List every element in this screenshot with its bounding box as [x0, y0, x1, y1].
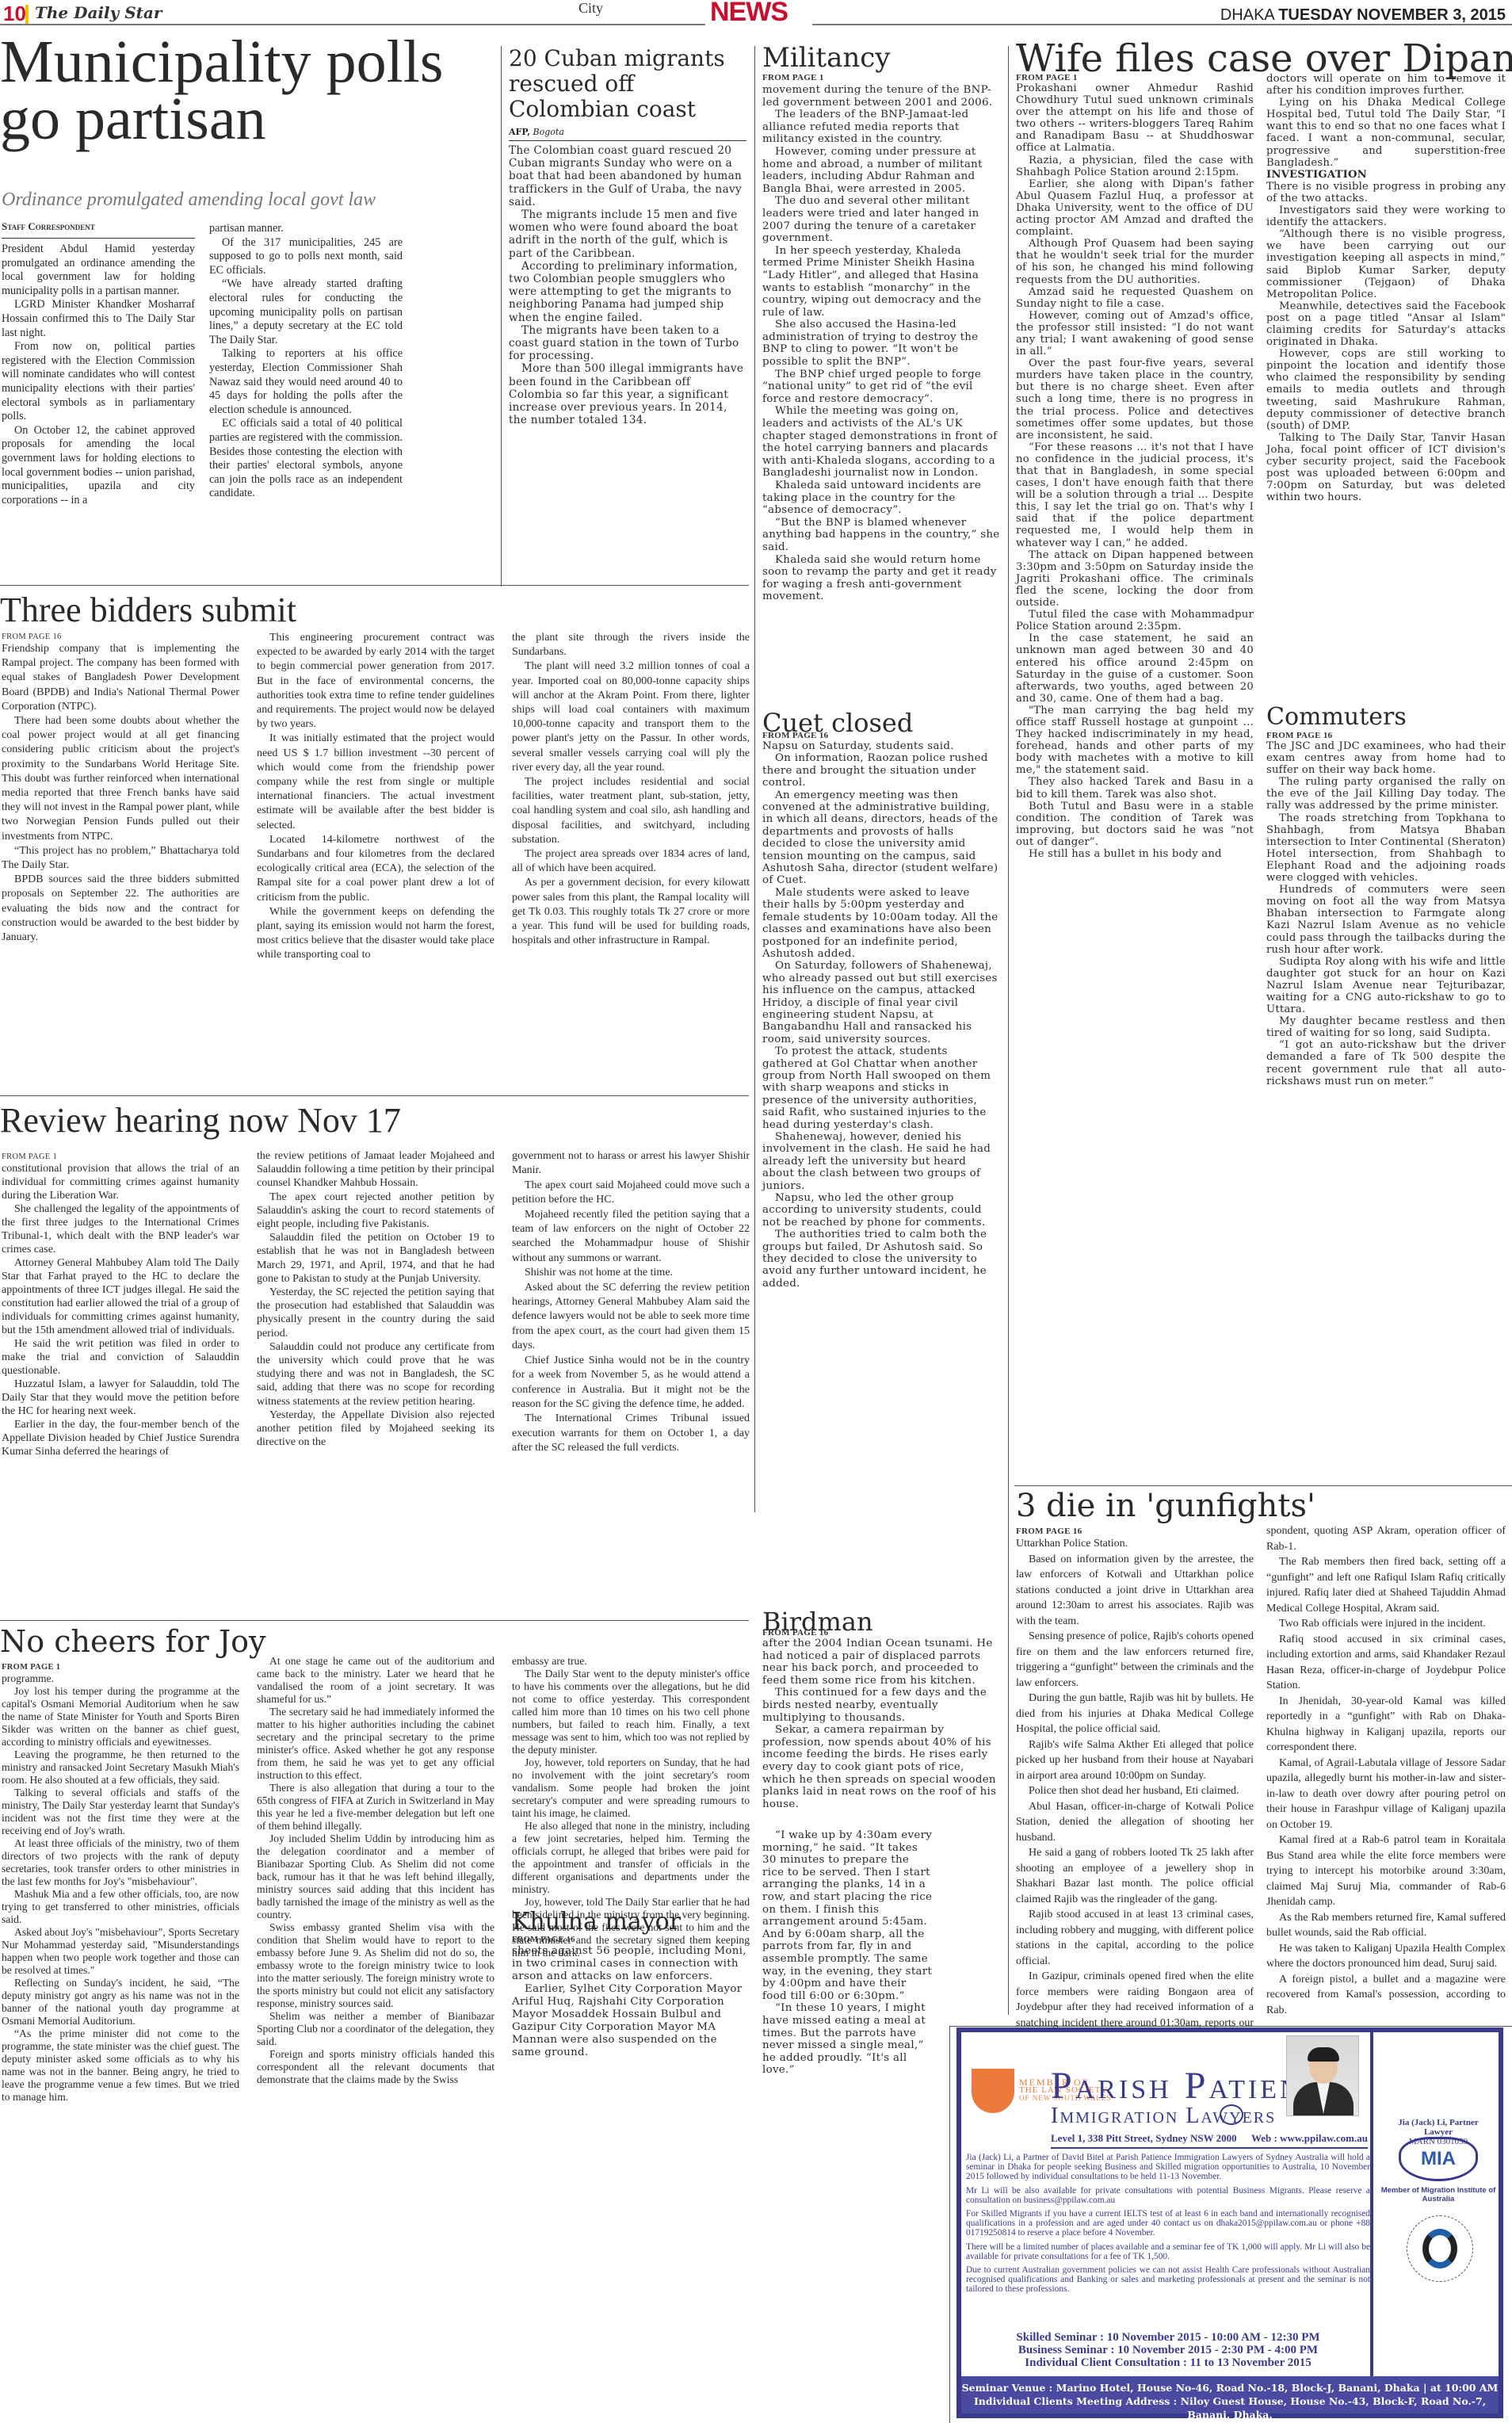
paragraph: Napsu on Saturday, students said. — [762, 740, 1000, 752]
paragraph: Reflecting on Sunday's incident, he said… — [2, 1977, 239, 2027]
paragraph: Although Prof Quasem had been saying tha… — [1016, 238, 1254, 285]
mia-logo-icon: MIA — [1399, 2137, 1478, 2181]
ad-paragraph: Mr Li will be also available for private… — [966, 2186, 1370, 2205]
paragraph: Of the 317 municipalities, 245 are suppo… — [209, 236, 403, 278]
column-divider — [754, 46, 755, 1512]
article-column: This engineering procurement contract wa… — [257, 631, 494, 963]
kicker: FROM PAGE 16 — [762, 1628, 828, 1638]
paragraph: The attack on Dipan happened between 3:3… — [1016, 549, 1254, 609]
paragraph: “This project has no problem,” Bhattacha… — [2, 844, 239, 873]
headline-line: rescued off — [509, 71, 725, 97]
paragraph: Chief Justice Sinha would not be in the … — [512, 1354, 750, 1412]
ad-address: Level 1, 338 Pitt Street, Sydney NSW 200… — [1051, 2132, 1237, 2145]
article-column: partisan manner. Of the 317 municipaliti… — [209, 222, 403, 501]
paragraph: The project area spreads over 1834 acres… — [512, 847, 750, 876]
paragraph: The JSC and JDC examinees, who had their… — [1266, 740, 1506, 776]
paragraph: He said a gang of robbers looted Tk 25 l… — [1016, 1845, 1254, 1907]
headline: Militancy — [762, 44, 891, 71]
paragraph: An emergency meeting was then convened a… — [762, 789, 1000, 887]
paragraph: Talking to reporters at his office yeste… — [209, 347, 403, 417]
paragraph: Leaving the programme, he then returned … — [2, 1748, 239, 1787]
photo-hair — [1308, 2047, 1339, 2062]
paragraph: Yesterday, the Appellate Division also r… — [257, 1408, 494, 1450]
schedule-item: Business Seminar : 10 November 2015 - 2:… — [966, 2344, 1370, 2356]
byline: Staff Correspondent — [2, 220, 195, 239]
paragraph: after the 2004 Indian Ocean tsunami. He … — [762, 1638, 1000, 1687]
paragraph: On information, Raozan police rushed the… — [762, 752, 1000, 789]
article-column: after the 2004 Indian Ocean tsunami. He … — [762, 1638, 1000, 1810]
paragraph: The International Crimes Tribunal issued… — [512, 1412, 750, 1455]
paragraph: The Colombian coast guard rescued 20 Cub… — [509, 144, 746, 208]
kicker: FROM PAGE 1 — [2, 1663, 60, 1672]
paragraph: Over the past four-five years, several m… — [1016, 357, 1254, 441]
paragraph: In her speech yesterday, Khaleda termed … — [762, 245, 1000, 319]
kicker: FROM PAGE 16 — [1016, 1527, 1082, 1536]
paragraph: The secretary said he had immediately in… — [257, 1706, 494, 1782]
paragraph: They also hacked Tarek and Basu in a bid… — [1016, 776, 1254, 800]
headline: Three bidders submit — [0, 593, 296, 628]
paragraph: government not to harass or arrest his l… — [512, 1149, 750, 1179]
paragraph: Napsu, who led the other group according… — [762, 1192, 1000, 1229]
masthead-rule — [812, 24, 1512, 25]
paragraph: The apex court rejected another petition… — [257, 1190, 494, 1232]
paragraph: However, cops are still working to pinpo… — [1266, 348, 1506, 432]
kicker: FROM PAGE 1 — [1016, 73, 1078, 82]
paper-logo: The Daily Star — [35, 3, 162, 22]
headline: Review hearing now Nov 17 — [0, 1103, 401, 1138]
paragraph: My daughter became restless and then tir… — [1266, 1015, 1506, 1039]
paragraph: Joy included Shelim Uddin by introducing… — [257, 1833, 494, 1921]
subhead: INVESTIGATION — [1266, 169, 1506, 181]
headline: No cheers for Joy — [0, 1626, 265, 1657]
article-column: programme. Joy lost his temper during th… — [2, 1672, 239, 2104]
article-column: constitutional provision that allows the… — [2, 1162, 239, 1458]
section-divider — [1014, 1485, 1512, 1486]
paragraph: Sudipta Roy along with his wife and litt… — [1266, 956, 1506, 1015]
article-column: Friendship company that is implementing … — [2, 642, 239, 945]
paragraph: sheets against 56 people, including Moni… — [512, 1945, 750, 1983]
paragraph: “I got an auto-rickshaw but the driver d… — [1266, 1039, 1506, 1087]
paragraph: Hundreds of commuters were seen moving o… — [1266, 884, 1506, 956]
paragraph: the plant site through the rivers inside… — [512, 631, 750, 659]
paragraph: Earlier, Sylhet City Corporation Mayor A… — [512, 1983, 750, 2059]
paragraph: Swiss embassy granted Shelim visa with t… — [257, 1921, 494, 2010]
paragraph: Uttarkhan Police Station. — [1016, 1536, 1254, 1552]
paragraph: Abul Hasan, officer-in-charge of Kotwali… — [1016, 1799, 1254, 1846]
paragraph: Talking to The Daily Star, Tanvir Hasan … — [1266, 432, 1506, 504]
paragraph: Khaleda said she would return home soon … — [762, 554, 1000, 603]
paragraph: It was initially estimated that the proj… — [257, 732, 494, 832]
article-column: the review petitions of Jamaat leader Mo… — [257, 1149, 494, 1449]
headline: Municipality polls — [0, 32, 443, 92]
paragraph: Lying on his Dhaka Medical College Hospi… — [1266, 97, 1506, 169]
headline-line: Colombian coast — [509, 97, 725, 122]
paragraph: the review petitions of Jamaat leader Mo… — [257, 1149, 494, 1190]
paragraph: She also accused the Hasina-led administ… — [762, 319, 1000, 368]
paragraph: On Saturday, followers of Shahenewaj, wh… — [762, 960, 1000, 1045]
article-column: movement during the tenure of the BNP-le… — [762, 84, 1000, 603]
paragraph: As per a government decision, for every … — [512, 876, 750, 948]
paragraph: embassy are true. — [512, 1655, 750, 1668]
paragraph: Yesterday, the SC rejected the petition … — [257, 1286, 494, 1340]
dateline-date: TUESDAY NOVEMBER 3, 2015 — [1278, 6, 1506, 24]
paragraph: However, coming out of Amzad's office, t… — [1016, 310, 1254, 357]
paragraph: “As the prime minister did not come to t… — [2, 2027, 239, 2104]
paragraph: President Abdul Hamid yesterday promulga… — [2, 243, 195, 298]
paragraph: Joy, however, told reporters on Sunday, … — [512, 1756, 750, 1820]
paragraph: Meanwhile, detectives said the Facebook … — [1266, 300, 1506, 348]
paragraph: A foreign pistol, a bullet and a magazin… — [1266, 1972, 1506, 2019]
paragraph: The authorities tried to calm both the g… — [762, 1229, 1000, 1290]
paragraph: Khaleda said untoward incidents are taki… — [762, 480, 1000, 517]
ad-paragraph: Jia (Jack) Li, a Partner of David Bitel … — [966, 2153, 1370, 2182]
paragraph: The plant will need 3.2 million tonnes o… — [512, 659, 750, 775]
paragraph: Sekar, a camera repairman by profession,… — [762, 1724, 1000, 1810]
paragraph: doctors will operate on him to remove it… — [1266, 73, 1506, 97]
paragraph: Amzad said he requested Quashem on Sunda… — [1016, 286, 1254, 310]
ad-address-row: Level 1, 338 Pitt Street, Sydney NSW 200… — [1051, 2132, 1368, 2149]
paragraph: Attorney General Mahbubey Alam told The … — [2, 1256, 239, 1337]
paragraph: partisan manner. — [209, 222, 403, 236]
ad-paragraph: There will be a limited number of places… — [966, 2242, 1370, 2261]
ad-website-link[interactable]: Web : www.ppilaw.com.au — [1251, 2132, 1368, 2145]
paragraph: Earlier, she along with Dipan's father A… — [1016, 178, 1254, 238]
accredited-specialist-emblem-icon — [1422, 2229, 1457, 2268]
section-divider — [0, 585, 749, 586]
paragraph: constitutional provision that allows the… — [2, 1162, 239, 1202]
paragraph: The Rab members then fired back, setting… — [1266, 1554, 1506, 1616]
paragraph: Located 14-kilometre northwest of the Su… — [257, 833, 494, 905]
law-society-shield-icon — [972, 2069, 1014, 2113]
kicker: FROM PAGE 16 — [1266, 731, 1332, 740]
paragraph: programme. — [2, 1672, 239, 1685]
paragraph: Shelim was neither a member of Bianibaza… — [257, 2010, 494, 2048]
section-label: City — [578, 0, 603, 17]
section-divider — [0, 1095, 749, 1096]
kicker: FROM PAGE 16 — [762, 731, 828, 740]
article-column: sheets against 56 people, including Moni… — [512, 1945, 750, 2059]
paragraph: spondent, quoting ASP Akram, operation o… — [1266, 1523, 1506, 1554]
paragraph: “I wake up by 4:30am every morning,” he … — [762, 1829, 933, 2002]
paragraph: He still has a bullet in his body and — [1016, 848, 1254, 860]
caption-role: Lawyer — [1379, 2127, 1498, 2137]
paragraph: Razia, a physician, filed the case with … — [1016, 155, 1254, 178]
paragraph: Mojaheed recently filed the petition say… — [512, 1208, 750, 1267]
paragraph: Joy lost his temper during the programme… — [2, 1685, 239, 1748]
paragraph: Kamal fired at a Rab-6 patrol team in Ko… — [1266, 1833, 1506, 1910]
paragraph: Male students were asked to leave their … — [762, 887, 1000, 960]
subheadline: Ordinance promulgated amending local gov… — [2, 190, 376, 209]
paragraph: Friendship company that is implementing … — [2, 642, 239, 714]
paragraph: BPDB sources said the three bidders subm… — [2, 873, 239, 945]
paragraph: The roads stretching from Topkhana to Sh… — [1266, 812, 1506, 885]
paragraph: The leaders of the BNP-Jamaat-led allian… — [762, 109, 1000, 146]
paragraph: The migrants include 15 men and five wom… — [509, 208, 746, 260]
paragraph: Prokashani owner Ahmedur Rashid Chowdhur… — [1016, 82, 1254, 155]
ad-footer: Seminar Venue : Marino Hotel, House No-4… — [961, 2376, 1499, 2413]
paragraph: “In these 10 years, I might have missed … — [762, 2002, 933, 2077]
paragraph: Talking to several officials and staffs … — [2, 1787, 239, 1837]
paragraph: Asked about Joy's "misbehaviour", Sports… — [2, 1926, 239, 1977]
paragraph: He said the writ petition was filed in o… — [2, 1337, 239, 1378]
paragraph: To protest the attack, students gathered… — [762, 1045, 1000, 1131]
paragraph: While the meeting was going on, leaders … — [762, 405, 1000, 480]
founded-badge-icon — [1220, 2104, 1243, 2125]
paragraph: Rajib stood accused in at least 13 crimi… — [1016, 1907, 1254, 1969]
headline: 20 Cuban migrants rescued off Colombian … — [509, 46, 725, 122]
byline: AFP, Bogota — [509, 127, 746, 141]
paragraph: Rajib's wife Salma Akther Eti alleged th… — [1016, 1737, 1254, 1784]
paragraph: The apex court said Mojaheed could move … — [512, 1179, 750, 1208]
paragraph: Police then shot dead her husband, Eti c… — [1016, 1783, 1254, 1799]
seminar-venue: Seminar Venue : Marino Hotel, House No-4… — [961, 2381, 1499, 2394]
headline: 3 die in 'gunfights' — [1016, 1490, 1315, 1522]
byline-place: Bogota — [533, 127, 564, 137]
headline: Wife files case over Dipan — [1016, 40, 1512, 78]
paragraph: The migrants have been taken to a coast … — [509, 324, 746, 363]
paragraph: “Although there is no visible progress, … — [1266, 228, 1506, 300]
paragraph: This continued for a few days and the bi… — [762, 1687, 1000, 1724]
article-column: doctors will operate on him to remove it… — [1266, 73, 1506, 503]
paragraph: The ruling party organised the rally on … — [1266, 776, 1506, 812]
paragraph: More than 500 illegal immigrants have be… — [509, 362, 746, 426]
paragraph: The project includes residential and soc… — [512, 775, 750, 847]
headline: Khulna mayor — [512, 1910, 681, 1934]
paragraph: Sensing presence of police, Rajib's coho… — [1016, 1629, 1254, 1691]
article-column: spondent, quoting ASP Akram, operation o… — [1266, 1523, 1506, 2018]
paragraph: EC officials said a total of 40 politica… — [209, 417, 403, 501]
paragraph: Based on information given by the arrest… — [1016, 1552, 1254, 1630]
paragraph: In the case statement, he said an unknow… — [1016, 633, 1254, 705]
paragraph: movement during the tenure of the BNP-le… — [762, 84, 1000, 109]
kicker: FROM PAGE 16 — [512, 1936, 575, 1944]
paragraph: “We have already started drafting electo… — [209, 277, 403, 347]
paragraph: The BNP chief urged people to forge “nat… — [762, 369, 1000, 406]
ad-body: Jia (Jack) Li, a Partner of David Bitel … — [966, 2153, 1370, 2299]
article-column: government not to harass or arrest his l… — [512, 1149, 750, 1456]
paragraph: There is no visible progress in probing … — [1266, 181, 1506, 204]
meeting-address: Individual Clients Meeting Address : Nil… — [961, 2394, 1499, 2421]
paragraph: LGRD Minister Khandker Mosharraf Hossain… — [2, 298, 195, 340]
masthead-rule — [0, 24, 705, 25]
section-divider — [0, 1620, 749, 1621]
paragraph: At least three officials of the ministry… — [2, 1837, 239, 1888]
ad-schedule: Skilled Seminar : 10 November 2015 - 10:… — [966, 2331, 1370, 2369]
paragraph: She challenged the legality of the appoi… — [2, 1202, 239, 1256]
paragraph: Earlier in the day, the four-member benc… — [2, 1418, 239, 1458]
paragraph: The duo and several other militant leade… — [762, 195, 1000, 244]
article-column: Prokashani owner Ahmedur Rashid Chowdhur… — [1016, 82, 1254, 860]
paragraph: Two Rab officials were injured in the in… — [1266, 1616, 1506, 1632]
schedule-item: Individual Client Consultation : 11 to 1… — [966, 2356, 1370, 2369]
headline: go partisan — [0, 89, 266, 149]
paragraph: During the gun battle, Rajib was hit by … — [1016, 1691, 1254, 1737]
paragraph: There is also allegation that during a t… — [257, 1782, 494, 1833]
ad-paragraph: For Skilled Migrants if you have a curre… — [966, 2209, 1370, 2238]
paragraph: The Daily Star went to the deputy minist… — [512, 1668, 750, 1756]
paragraph: Rafiq stood accused in six criminal case… — [1266, 1632, 1506, 1694]
column-divider — [501, 46, 502, 587]
article-column: Uttarkhan Police Station. Based on infor… — [1016, 1536, 1254, 2047]
paragraph: He also alleged that none in the ministr… — [512, 1820, 750, 1896]
paragraph: "The man carrying the bag held my office… — [1016, 705, 1254, 777]
paragraph: At one stage he came out of the auditori… — [257, 1655, 494, 1706]
mia-caption: Member of Migration Institute of Austral… — [1379, 2186, 1498, 2203]
byline-agency: AFP, — [509, 127, 530, 137]
article-column: At one stage he came out of the auditori… — [257, 1655, 494, 2086]
paragraph: There had been some doubts about whether… — [2, 714, 239, 844]
paragraph: Investigators said they were working to … — [1266, 204, 1506, 228]
paragraph: Both Tutul and Basu were in a stable con… — [1016, 801, 1254, 848]
paragraph: Shahenewaj, however, denied his involvem… — [762, 1131, 1000, 1192]
headline-line: 20 Cuban migrants — [509, 46, 725, 71]
paragraph: However, coming under pressure at home a… — [762, 146, 1000, 195]
paragraph: Salauddin filed the petition on October … — [257, 1231, 494, 1286]
paragraph: On October 12, the cabinet approved prop… — [2, 424, 195, 508]
paragraph: “But the BNP is blamed whenever anything… — [762, 517, 1000, 554]
paragraph: “For these reasons … it's not that I hav… — [1016, 441, 1254, 549]
paragraph: He was taken to Kaliganj Upazila Health … — [1266, 1941, 1506, 1972]
paragraph: Mashuk Mia and a few other officials, to… — [2, 1888, 239, 1926]
paragraph: Asked about the SC deferring the review … — [512, 1281, 750, 1354]
headline: Commuters — [1266, 705, 1407, 729]
dateline: DHAKA TUESDAY NOVEMBER 3, 2015 — [1220, 6, 1506, 25]
masthead-divider — [25, 5, 29, 25]
kicker: FROM PAGE 16 — [2, 633, 62, 641]
paragraph: Kamal, of Agrail-Labutala village of Jes… — [1266, 1756, 1506, 1833]
paragraph: Salauddin could not produce any certific… — [257, 1340, 494, 1408]
article-column: President Abdul Hamid yesterday promulga… — [2, 243, 195, 507]
article-column: the plant site through the rivers inside… — [512, 631, 750, 948]
paragraph: This engineering procurement contract wa… — [257, 631, 494, 732]
kicker: FROM PAGE 1 — [2, 1152, 57, 1161]
lawyer-photo — [1286, 2035, 1359, 2116]
paragraph: As the Rab members returned fire, Kamal … — [1266, 1910, 1506, 1941]
paragraph: From now on, political parties registere… — [2, 340, 195, 424]
caption-name: Jia (Jack) Li, Partner — [1379, 2118, 1498, 2127]
kicker: FROM PAGE 1 — [762, 73, 824, 82]
paragraph: Shishir was not home at the time. — [512, 1266, 750, 1280]
schedule-item: Skilled Seminar : 10 November 2015 - 10:… — [966, 2331, 1370, 2344]
article-column: “I wake up by 4:30am every morning,” he … — [762, 1829, 933, 2077]
article-column: The JSC and JDC examinees, who had their… — [1266, 740, 1506, 1087]
paragraph: According to preliminary information, tw… — [509, 260, 746, 324]
dateline-city: DHAKA — [1220, 6, 1274, 24]
page-number: 10 — [3, 2, 26, 26]
paragraph: Foreign and sports ministry officials ha… — [257, 2048, 494, 2086]
article-column: The Colombian coast guard rescued 20 Cub… — [509, 144, 746, 426]
paragraph: Tutul filed the case with Mohammadpur Po… — [1016, 609, 1254, 633]
ad-paragraph: Due to current Australian government pol… — [966, 2265, 1370, 2295]
column-divider — [1008, 46, 1009, 2015]
paragraph: While the government keeps on defending … — [257, 905, 494, 963]
article-column: Napsu on Saturday, students said. On inf… — [762, 740, 1000, 1290]
paragraph: In Jhenidah, 30-year-old Kamal was kille… — [1266, 1694, 1506, 1756]
paragraph: Huzzatul Islam, a lawyer for Salauddin, … — [2, 1378, 239, 1418]
news-label: NEWS — [710, 0, 788, 28]
